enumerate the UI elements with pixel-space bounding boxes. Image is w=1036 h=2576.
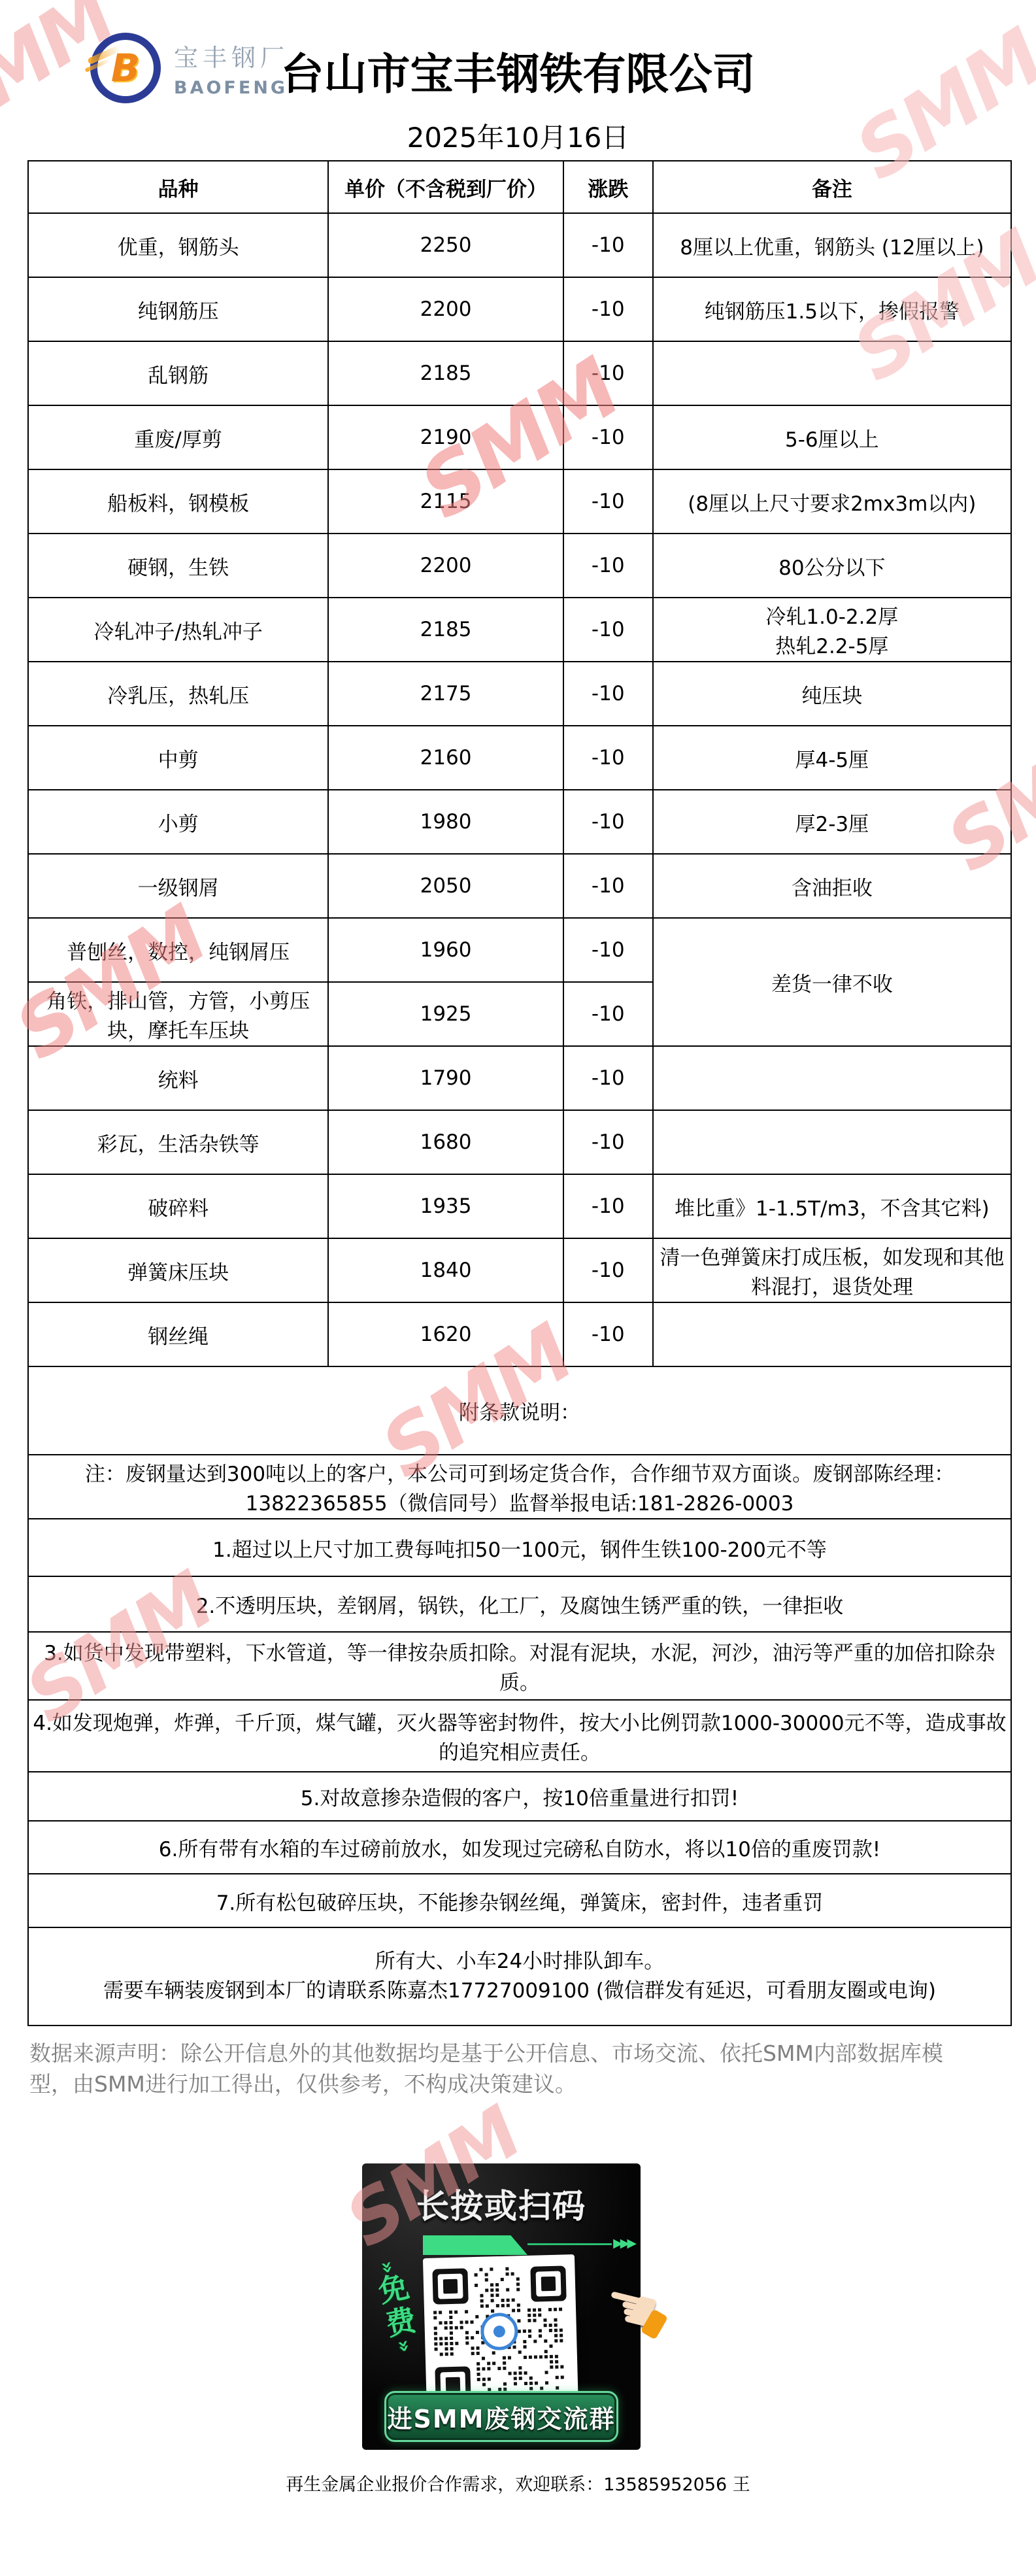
price-cell: 2185 [328,341,563,405]
change-cell: -10 [563,662,653,726]
remark-cell: 堆比重》1-1.5T/m3，不含其它料) [653,1174,1011,1238]
remark-cell [653,341,1011,405]
change-cell: -10 [563,854,653,918]
unloading-notice-row: 所有大、小车24小时排队卸车。 需要车辆装废钢到本厂的请联系陈嘉杰1772700… [28,1927,1011,2025]
change-cell: -10 [563,982,653,1046]
item-cell: 船板料，钢模板 [28,469,328,534]
change-cell: -10 [563,277,653,341]
item-cell: 钢丝绳 [28,1302,328,1366]
table-row: 统料 1790 -10 [28,1046,1011,1110]
note-item: 3.如货中发现带塑料，下水管道，等一律按杂质扣除。对混有泥块，水泥，河沙，油污等… [28,1632,1011,1700]
green-line [527,2243,612,2245]
notes-contact-row: 注：废钢量达到300吨以上的客户，本公司可到场定货合作，合作细节双方面谈。废钢部… [28,1455,1011,1519]
company-logo: B 宝丰钢厂 BAOFENG [90,33,289,103]
price-cell: 1840 [328,1238,563,1302]
item-cell: 优重，钢筋头 [28,213,328,277]
remark-cell [653,1302,1011,1366]
price-cell: 1960 [328,918,563,982]
note-row: 7.所有松包破碎压块，不能掺杂钢丝绳，弹簧床，密封件，违者重罚 [28,1874,1011,1927]
remark-cell: (8厘以上尺寸要求2mx3m以内) [653,469,1011,534]
price-cell: 2185 [328,598,563,662]
price-cell: 1925 [328,982,563,1046]
join-group-button[interactable]: 进SMM废钢交流群 [384,2391,618,2442]
table-row: 纯钢筋压 2200 -10 纯钢筋压1.5以下，掺假报警 [28,277,1011,341]
note-row: 5.对故意掺杂造假的客户，按10倍重量进行扣罚! [28,1772,1011,1821]
note-row: 4.如发现炮弹，炸弹，千斤顶，煤气罐，灭火器等密封物件，按大小比例罚款1000-… [28,1700,1011,1772]
note-item: 4.如发现炮弹，炸弹，千斤顶，煤气罐，灭火器等密封物件，按大小比例罚款1000-… [28,1700,1011,1772]
item-cell: 破碎料 [28,1174,328,1238]
table-row: 小剪 1980 -10 厚2-3厘 [28,790,1011,854]
change-cell: -10 [563,1110,653,1174]
remark-cell: 5-6厘以上 [653,405,1011,469]
logo-text-block: 宝丰钢厂 BAOFENG [174,38,289,98]
item-cell: 中剪 [28,726,328,790]
item-cell: 统料 [28,1046,328,1110]
note-row: 2.不透明压块，差钢屑，锅铁，化工厂，及腐蚀生锈严重的铁，一律拒收 [28,1576,1011,1632]
note-row: 1.超过以上尺寸加工费每吨扣50一100元，钢件生铁100-200元不等 [28,1519,1011,1576]
remark-cell-merged: 差货一律不收 [653,918,1011,1046]
notes-contact: 注：废钢量达到300吨以上的客户，本公司可到场定货合作，合作细节双方面谈。废钢部… [28,1455,1011,1519]
note-item: 6.所有带有水箱的车过磅前放水，如发现过完磅私自防水，将以10倍的重废罚款! [28,1821,1011,1874]
footer-contact: 再生金属企业报价合作需求，欢迎联系：13585952056 王 [0,2470,1036,2496]
change-cell: -10 [563,726,653,790]
remark-cell: 冷轧1.0-2.2厚 热轧2.2-5厚 [653,598,1011,662]
logo-b-glyph: B [111,46,140,90]
price-cell: 2175 [328,662,563,726]
col-header-item: 品种 [28,161,328,213]
change-cell: -10 [563,213,653,277]
unloading-notice: 所有大、小车24小时排队卸车。 需要车辆装废钢到本厂的请联系陈嘉杰1772700… [28,1927,1011,2025]
note-row: 3.如货中发现带塑料，下水管道，等一律按杂质扣除。对混有泥块，水泥，河沙，油污等… [28,1632,1011,1700]
item-cell: 冷乳压，热轧压 [28,662,328,726]
remark-cell: 厚4-5厘 [653,726,1011,790]
note-item: 1.超过以上尺寸加工费每吨扣50一100元，钢件生铁100-200元不等 [28,1519,1011,1576]
remark-cell: 纯压块 [653,662,1011,726]
item-cell: 乱钢筋 [28,341,328,405]
price-date: 2025年10月16日 [0,116,1036,156]
table-row: 中剪 2160 -10 厚4-5厘 [28,726,1011,790]
item-cell: 弹簧床压块 [28,1238,328,1302]
price-cell: 1790 [328,1046,563,1110]
item-cell: 硬钢，生铁 [28,534,328,598]
table-row: 冷轧冲子/热轧冲子 2185 -10 冷轧1.0-2.2厚 热轧2.2-5厚 [28,598,1011,662]
free-label: 免费 [365,2257,426,2357]
logo-ring-icon: B [90,33,161,103]
table-row: 破碎料 1935 -10 堆比重》1-1.5T/m3，不含其它料) [28,1174,1011,1238]
remark-cell: 8厘以上优重，钢筋头 (12厘以上) [653,213,1011,277]
price-cell: 2050 [328,854,563,918]
change-cell: -10 [563,405,653,469]
price-cell: 2200 [328,277,563,341]
arrowheads-icon: ▶▶▶ [613,2236,634,2250]
change-cell: -10 [563,469,653,534]
item-cell: 普刨丝，数控，纯钢屑压 [28,918,328,982]
price-cell: 1980 [328,790,563,854]
price-cell: 1935 [328,1174,563,1238]
note-row: 6.所有带有水箱的车过磅前放水，如发现过完磅私自防水，将以10倍的重废罚款! [28,1821,1011,1874]
item-cell: 彩瓦，生活杂铁等 [28,1110,328,1174]
table-row: 弹簧床压块 1840 -10 清一色弹簧床打成压板，如发现和其他料混打，退货处理 [28,1238,1011,1302]
data-source-disclaimer: 数据来源声明：除公开信息外的其他数据均是基于公开信息、市场交流、依托SMM内部数… [29,2039,977,2100]
table-row: 钢丝绳 1620 -10 [28,1302,1011,1366]
green-tab-shape [423,2235,527,2255]
remark-cell: 清一色弹簧床打成压板，如发现和其他料混打，退货处理 [653,1238,1011,1302]
item-cell: 一级钢屑 [28,854,328,918]
col-header-remark: 备注 [653,161,1011,213]
qr-banner: 长按或扫码 ▶▶▶ 免费 ☚ 进SMM废钢交流群 [362,2163,641,2450]
table-row: 一级钢屑 2050 -10 含油拒收 [28,854,1011,918]
qr-pattern-icon [431,2264,570,2403]
item-cell: 纯钢筋压 [28,277,328,341]
price-cell: 2250 [328,213,563,277]
table-row: 优重，钢筋头 2250 -10 8厘以上优重，钢筋头 (12厘以上) [28,213,1011,277]
note-item: 5.对故意掺杂造假的客户，按10倍重量进行扣罚! [28,1772,1011,1821]
remark-cell: 厚2-3厘 [653,790,1011,854]
table-row: 彩瓦，生活杂铁等 1680 -10 [28,1110,1011,1174]
change-cell: -10 [563,1238,653,1302]
item-cell: 角铁，排山管，方管，小剪压块，摩托车压块 [28,982,328,1046]
logo-name-en: BAOFENG [174,78,289,98]
table-row: 乱钢筋 2185 -10 [28,341,1011,405]
change-cell: -10 [563,918,653,982]
price-table: 品种 单价（不含税到厂价） 涨跌 备注 优重，钢筋头 2250 -10 8厘以上… [27,160,1012,2026]
table-row: 冷乳压，热轧压 2175 -10 纯压块 [28,662,1011,726]
banner-divider: ▶▶▶ [362,2235,641,2256]
remark-cell: 80公分以下 [653,534,1011,598]
price-cell: 2115 [328,469,563,534]
banner-title: 长按或扫码 [362,2180,641,2228]
table-row: 重废/厚剪 2190 -10 5-6厘以上 [28,405,1011,469]
change-cell: -10 [563,534,653,598]
note-item: 7.所有松包破碎压块，不能掺杂钢丝绳，弹簧床，密封件，违者重罚 [28,1874,1011,1927]
item-cell: 冷轧冲子/热轧冲子 [28,598,328,662]
remark-cell: 纯钢筋压1.5以下，掺假报警 [653,277,1011,341]
item-cell: 重废/厚剪 [28,405,328,469]
item-cell: 小剪 [28,790,328,854]
change-cell: -10 [563,1046,653,1110]
logo-name-cn: 宝丰钢厂 [174,38,289,73]
price-cell: 2160 [328,726,563,790]
change-cell: -10 [563,1174,653,1238]
price-cell: 1680 [328,1110,563,1174]
qr-code[interactable] [423,2254,578,2414]
remark-cell [653,1046,1011,1110]
remark-cell [653,1110,1011,1174]
col-header-price: 单价（不含税到厂价） [328,161,563,213]
table-header-row: 品种 单价（不含税到厂价） 涨跌 备注 [28,161,1011,213]
notes-heading-row: 附条款说明： [28,1366,1011,1455]
table-row: 普刨丝，数控，纯钢屑压 1960 -10 差货一律不收 [28,918,1011,982]
price-cell: 2190 [328,405,563,469]
notes-heading: 附条款说明： [28,1366,1011,1455]
remark-cell: 含油拒收 [653,854,1011,918]
change-cell: -10 [563,1302,653,1366]
col-header-change: 涨跌 [563,161,653,213]
table-row: 船板料，钢模板 2115 -10 (8厘以上尺寸要求2mx3m以内) [28,469,1011,534]
change-cell: -10 [563,341,653,405]
note-item: 2.不透明压块，差钢屑，锅铁，化工厂，及腐蚀生锈严重的铁，一律拒收 [28,1576,1011,1632]
price-cell: 1620 [328,1302,563,1366]
change-cell: -10 [563,598,653,662]
table-row: 硬钢，生铁 2200 -10 80公分以下 [28,534,1011,598]
price-cell: 2200 [328,534,563,598]
change-cell: -10 [563,790,653,854]
